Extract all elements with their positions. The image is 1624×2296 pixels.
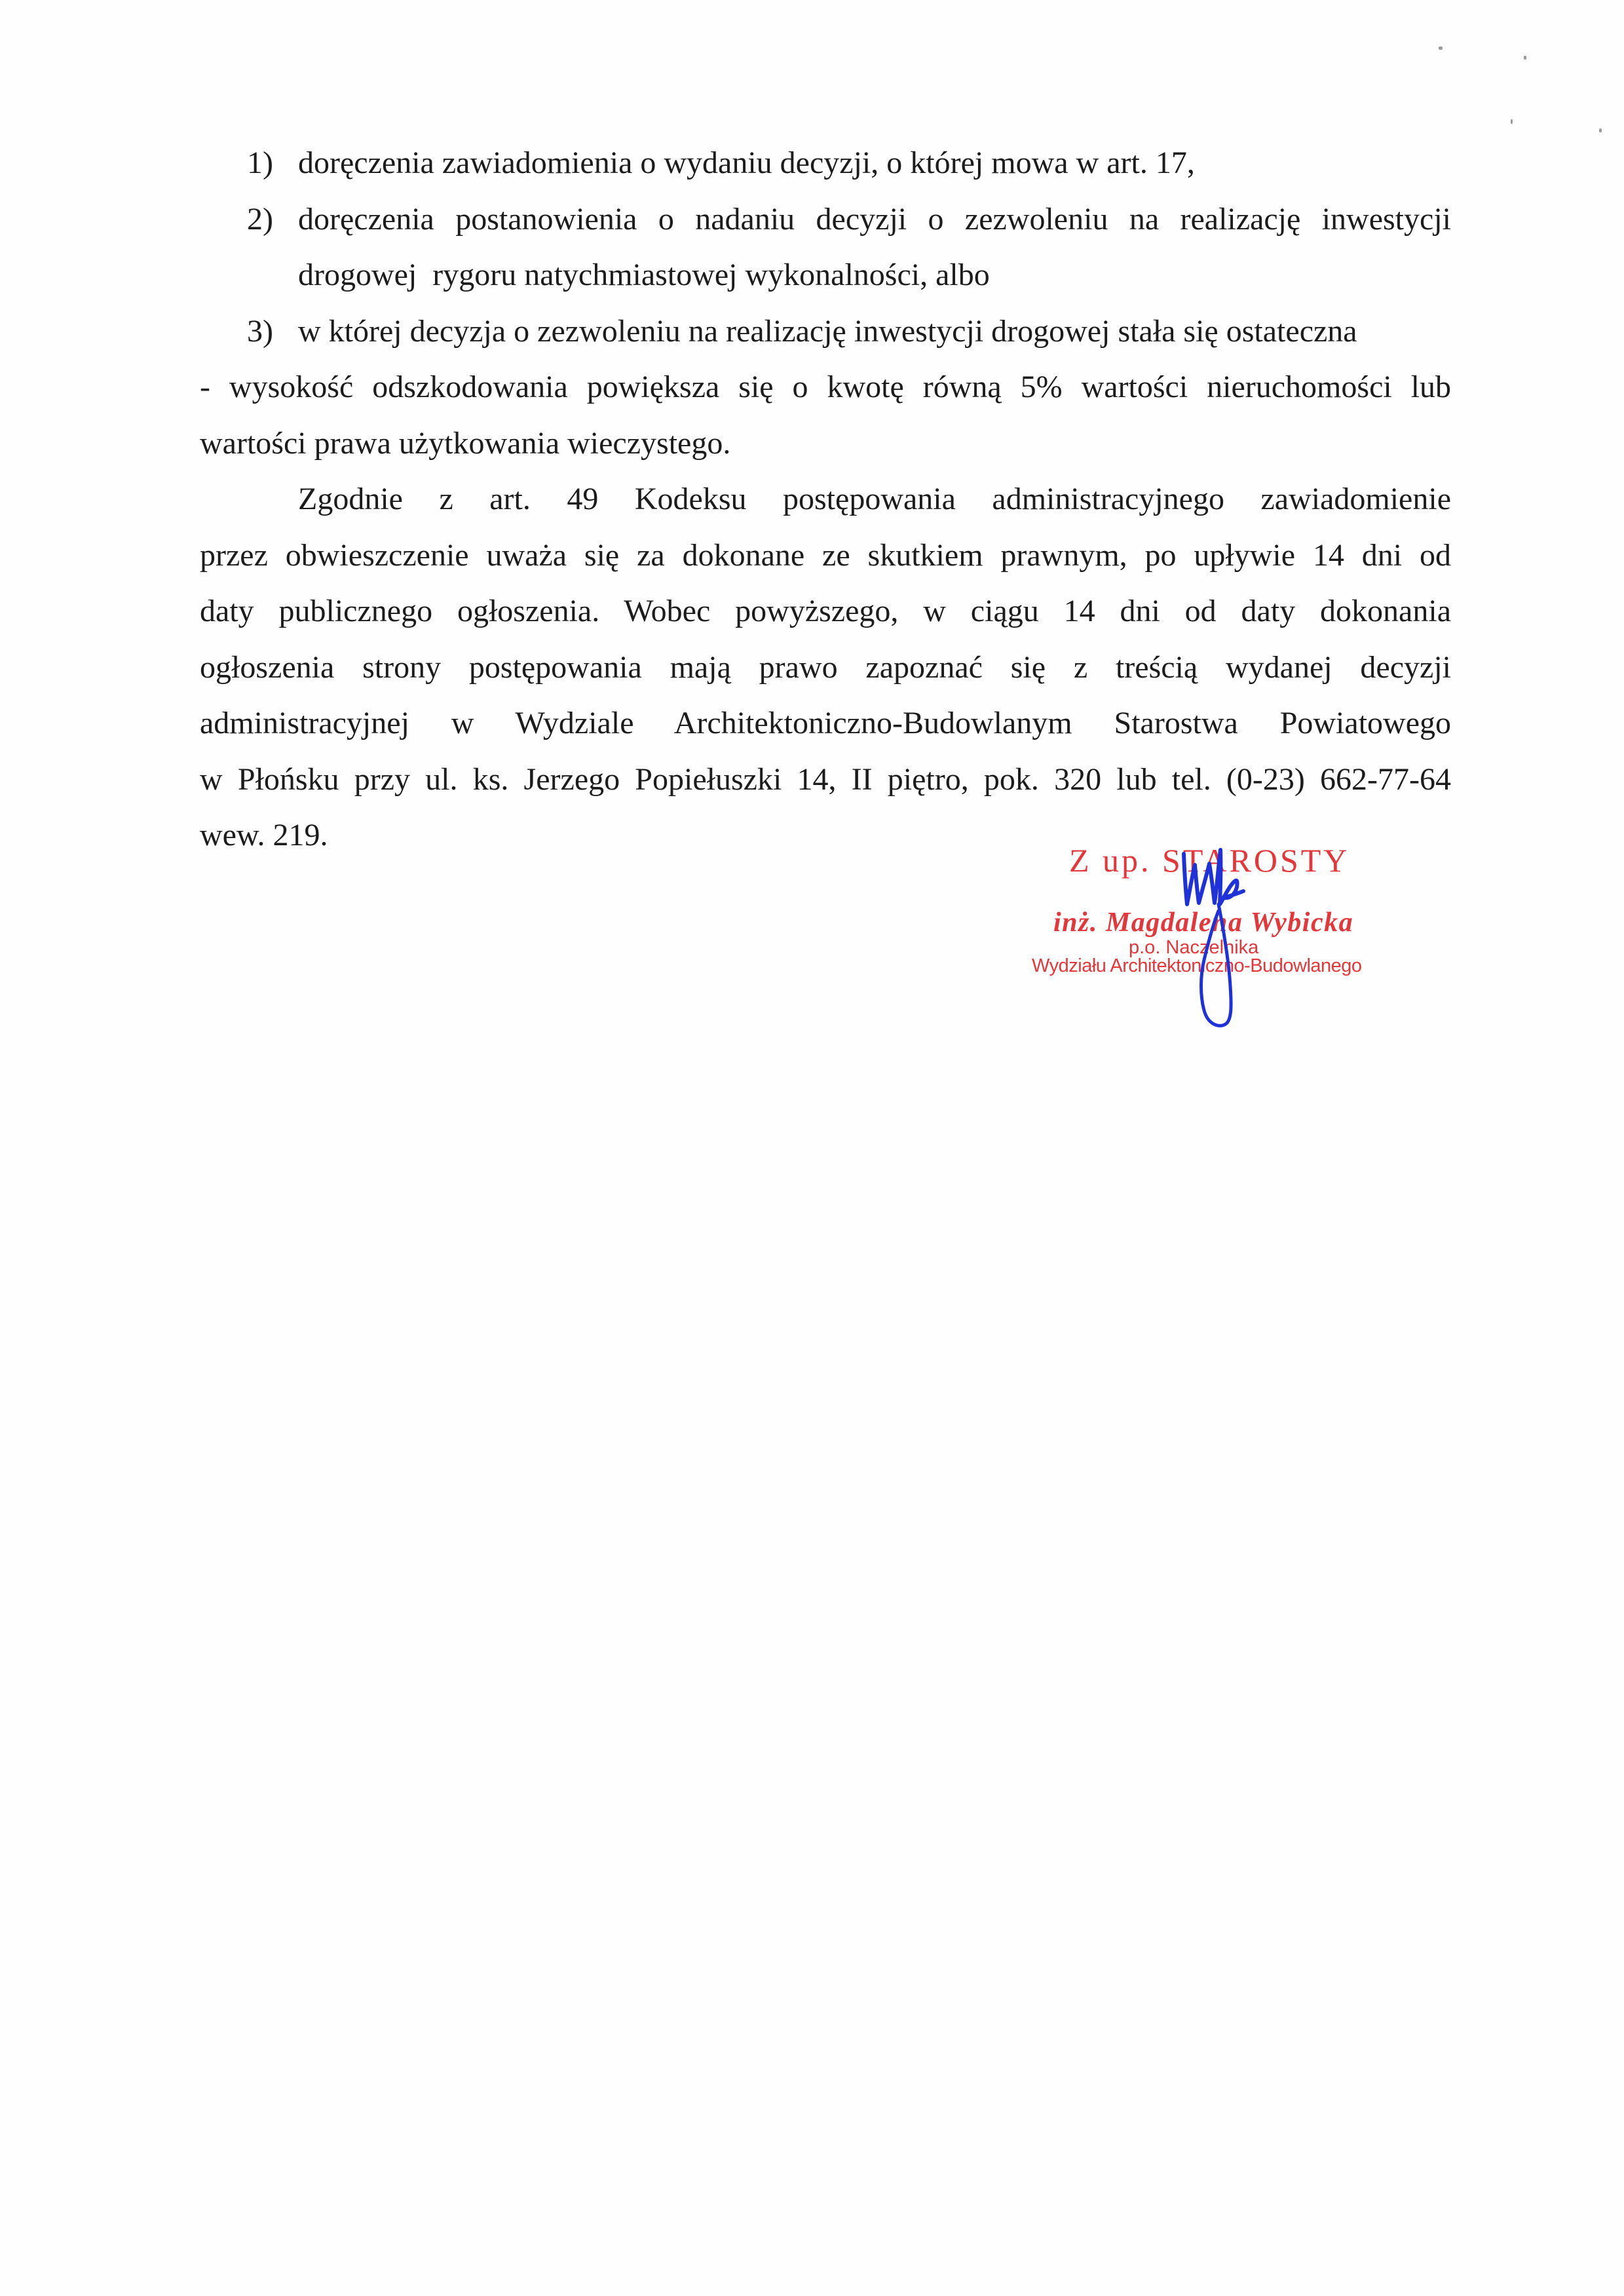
- consequence-line: - wysokość odszkodowania powiększa się o…: [200, 359, 1451, 415]
- list-number: 2): [247, 191, 273, 248]
- list-item-text: doręczenia postanowienia o nadaniu decyz…: [298, 202, 1451, 237]
- list-item-2: 2) doręczenia postanowienia o nadaniu de…: [200, 191, 1451, 248]
- scan-speck: [1439, 47, 1443, 50]
- list-number: 1): [247, 135, 273, 191]
- document-body: 1) doręczenia zawiadomienia o wydaniu de…: [200, 135, 1451, 864]
- scan-speck: [1524, 56, 1526, 60]
- paragraph-line: w Płońsku przy ul. ks. Jerzego Popiełusz…: [200, 752, 1451, 808]
- paragraph-line: daty publicznego ogłoszenia. Wobec powyż…: [200, 583, 1451, 640]
- scan-speck: [1599, 128, 1602, 132]
- list-item-text: doręczenia zawiadomienia o wydaniu decyz…: [298, 145, 1195, 180]
- list-number: 3): [247, 303, 273, 360]
- list-item-2-continuation: drogowej rygoru natychmiastowej wykonaln…: [200, 247, 1451, 303]
- list-item-text: drogowej rygoru natychmiastowej wykonaln…: [298, 258, 990, 292]
- list-item-3: 3) w której decyzja o zezwoleniu na real…: [200, 303, 1451, 360]
- list-item-1: 1) doręczenia zawiadomienia o wydaniu de…: [200, 135, 1451, 191]
- scan-speck: [1511, 119, 1513, 124]
- paragraph-line: przez obwieszczenie uważa się za dokonan…: [200, 527, 1451, 584]
- paragraph-line: Zgodnie z art. 49 Kodeksu postępowania a…: [200, 471, 1451, 527]
- handwritten-signature-icon: [1166, 839, 1271, 1075]
- paragraph-line: administracyjnej w Wydziale Architektoni…: [200, 695, 1451, 752]
- paragraph-line: ogłoszenia strony postępowania mają praw…: [200, 640, 1451, 696]
- consequence-line: wartości prawa użytkowania wieczystego.: [200, 415, 1451, 472]
- document-page: 1) doręczenia zawiadomienia o wydaniu de…: [0, 0, 1624, 2296]
- list-item-text: w której decyzja o zezwoleniu na realiza…: [298, 314, 1357, 349]
